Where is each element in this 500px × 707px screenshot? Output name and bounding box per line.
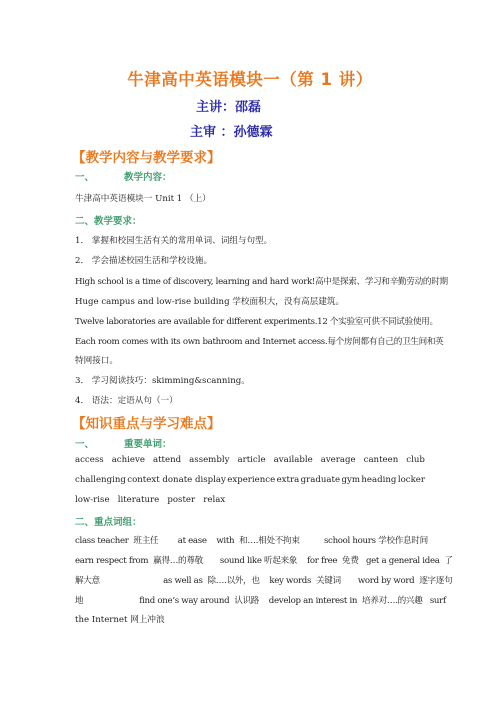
subheading-number: 一、 xyxy=(75,172,94,183)
requirement-item: 1． 掌握和校园生活有关的常用单词、词组与句型。 xyxy=(75,234,272,246)
phrase-line: 地 find one’s way around 认识路 develop an i… xyxy=(75,594,446,606)
subheading-label: 重要单词： xyxy=(124,439,172,450)
word: heading xyxy=(361,475,396,485)
word: average xyxy=(321,455,356,465)
subheading-teaching-requirements: 二、教学要求： xyxy=(75,213,142,227)
word-list-row: low-rise literature poster relax xyxy=(75,495,225,505)
requirement-item: 4． 语法：定语从句（一） xyxy=(75,394,178,406)
word: assembly xyxy=(189,455,229,465)
example-sentence: Twelve laboratories are available for di… xyxy=(75,315,438,327)
word-list-row: challenging context donate display exper… xyxy=(75,475,425,485)
section-heading-teaching: 【教学内容与教学要求】 xyxy=(72,146,221,166)
word: locker xyxy=(398,475,425,485)
word: challenging xyxy=(75,475,126,485)
word: article xyxy=(237,455,265,465)
document-title: 牛津高中英语模块一（第 1 讲） xyxy=(0,66,500,90)
word: attend xyxy=(153,455,181,465)
phrase-line: class teacher 班主任 at ease with 和….相处不拘束 … xyxy=(75,534,428,546)
word: experience xyxy=(227,475,275,485)
phrase-line: earn respect from 赢得…的尊敬 sound like 听起来象… xyxy=(75,554,453,566)
requirement-item: 3． 学习阅读技巧：skimming&scanning。 xyxy=(75,374,250,386)
section-heading-key-points: 【知识重点与学习难点】 xyxy=(72,412,221,432)
subheading-number: 一、 xyxy=(75,439,94,450)
subheading-label: 教学内容： xyxy=(124,172,172,183)
example-sentence: Huge campus and low-rise building 学校面积大，… xyxy=(75,295,344,307)
requirement-item: 2． 学会描述校园生活和学校设施。 xyxy=(75,254,212,266)
subheading-teaching-content: 一、教学内容： xyxy=(75,169,172,183)
phrase-line: 解大意 as well as 除….以外，也 key words 关键词 wor… xyxy=(75,574,452,586)
word: graduate xyxy=(301,475,340,485)
example-sentence: Each room comes with its own bathroom an… xyxy=(75,335,443,347)
word: gym xyxy=(341,475,360,485)
example-sentence-continued: 特网接口。 xyxy=(75,354,118,366)
reviewer-line: 主审 ：孙德霖 xyxy=(190,121,273,140)
lecturer-line: 主讲：邵磊 xyxy=(196,96,261,115)
word: club xyxy=(406,455,425,465)
word: access xyxy=(75,455,104,465)
word: extra xyxy=(277,475,300,485)
word: available xyxy=(274,455,313,465)
subheading-key-phrases: 二、重点词组： xyxy=(75,514,142,528)
word: context donate display xyxy=(127,475,226,485)
teaching-content-text: 牛津高中英语模块一 Unit 1 （上） xyxy=(75,192,211,204)
word: achieve xyxy=(112,455,145,465)
example-sentence: High school is a time of discovery, lear… xyxy=(75,275,448,287)
word: canteen xyxy=(364,455,399,465)
subheading-key-words: 一、重要单词： xyxy=(75,436,172,450)
phrase-line: the Internet 网上冲浪 xyxy=(75,613,165,625)
word-list-row: access achieve attend assembly article a… xyxy=(75,455,425,465)
